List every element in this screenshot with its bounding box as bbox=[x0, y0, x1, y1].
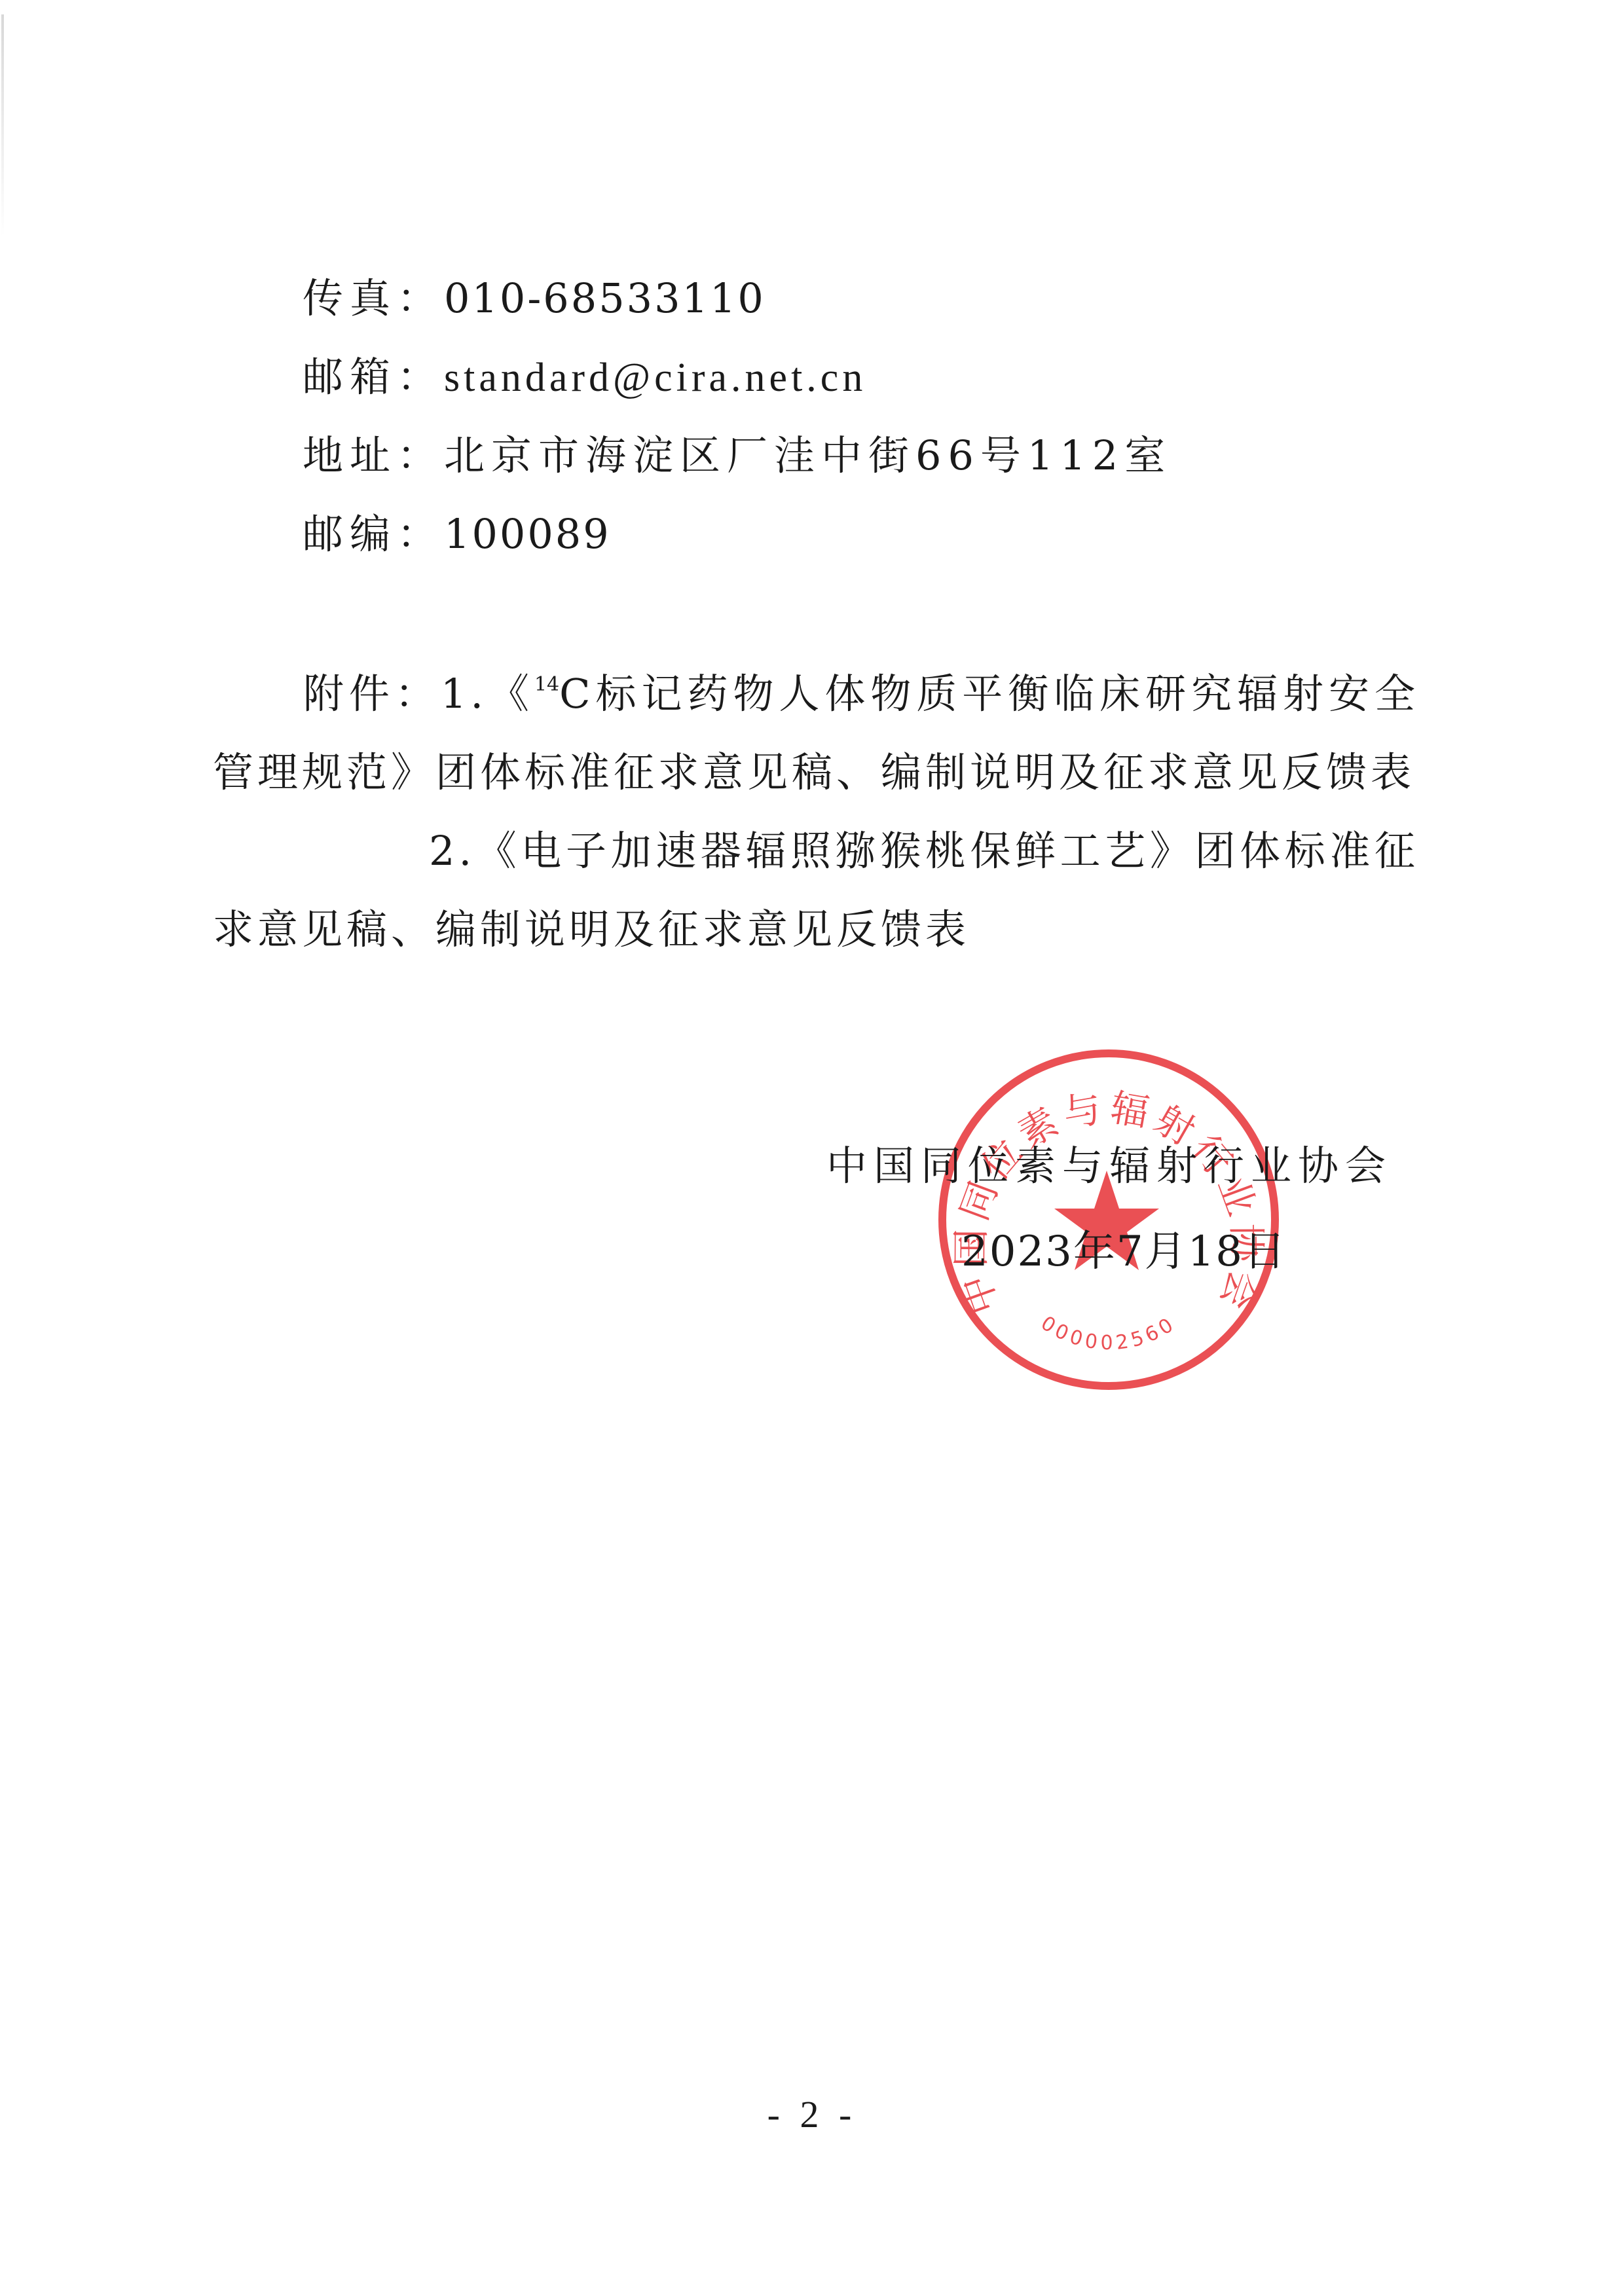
attachment-number: 1. bbox=[441, 670, 487, 718]
contact-address: 地址：北京市海淀区厂洼中街66号112室 bbox=[303, 432, 1172, 479]
attachment-suffix: 团体标准征求意见稿、编制说明及征求意见反馈表 bbox=[435, 748, 1415, 796]
attachment-number: 2. bbox=[429, 827, 475, 875]
fax-value: 010-68533110 bbox=[444, 275, 766, 322]
email-value: standard@cira.net.cn bbox=[444, 354, 866, 401]
attachment-item-1: 附件：1.《14C标记药物人体物质平衡临床研究辐射安全管理规范》团体标准征求意见… bbox=[213, 655, 1419, 812]
attachments-label: 附件： bbox=[302, 670, 441, 718]
address-value: 北京市海淀区厂洼中街66号112室 bbox=[444, 432, 1172, 479]
open-title-quote: 《 bbox=[487, 670, 534, 718]
postcode-value: 100089 bbox=[444, 511, 611, 558]
signing-organization: 中国同位素与辐射行业协会 bbox=[826, 1142, 1392, 1190]
close-title-quote: 》 bbox=[1150, 827, 1195, 875]
isotope-mass-number: 14 bbox=[534, 673, 559, 696]
attachment-title: 电子加速器辐照猕猴桃保鲜工艺 bbox=[521, 827, 1150, 875]
fax-label: 传真： bbox=[303, 275, 444, 322]
open-title-quote: 《 bbox=[475, 827, 521, 875]
contact-postcode: 邮编：100089 bbox=[303, 511, 611, 558]
postcode-label: 邮编： bbox=[303, 511, 444, 558]
official-seal: 中国同位素与辐射行业协会 1100000256083 bbox=[935, 1046, 1282, 1393]
address-label: 地址： bbox=[303, 432, 444, 479]
signing-date: 2023年7月18日 bbox=[961, 1228, 1287, 1275]
email-label: 邮箱： bbox=[303, 354, 444, 401]
contact-fax: 传真：010-68533110 bbox=[303, 275, 766, 322]
scan-edge bbox=[1, 14, 4, 237]
close-title-quote: 》 bbox=[391, 748, 435, 796]
contact-email: 邮箱：standard@cira.net.cn bbox=[303, 354, 866, 401]
page-number: - 2 - bbox=[0, 2092, 1624, 2138]
attachment-item-2: 2.《电子加速器辐照猕猴桃保鲜工艺》团体标准征求意见稿、编制说明及征求意见反馈表 bbox=[213, 812, 1419, 969]
